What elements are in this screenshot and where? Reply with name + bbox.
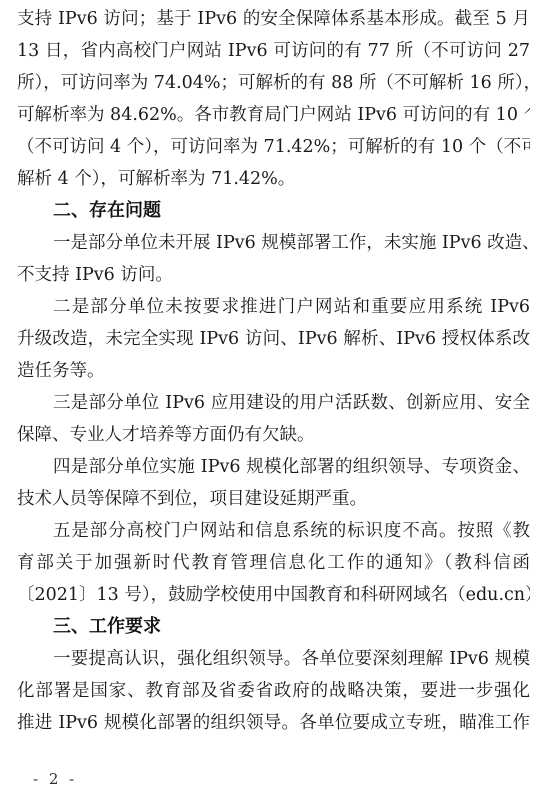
text-line: 解析 4 个），可解析率为 71.42%。 [17, 163, 530, 195]
text-line: 五是部分高校门户网站和信息系统的标识度不高。按照《教 [17, 515, 530, 547]
text-line: 化部署是国家、教育部及省委省政府的战略决策，要进一步强化 [17, 675, 530, 707]
text-line: 保障、专业人才培养等方面仍有欠缺。 [17, 419, 530, 451]
text-line: 13 日，省内高校门户网站 IPv6 可访问的有 77 所（不可访问 27 [17, 35, 530, 67]
text-line: 支持 IPv6 访问；基于 IPv6 的安全保障体系基本形成。截至 5 月 [17, 3, 530, 35]
text-line: 可解析率为 84.62%。各市教育局门户网站 IPv6 可访问的有 10 个 [17, 99, 530, 131]
page-number: - 2 - [33, 770, 77, 788]
text-line: 造任务等。 [17, 355, 530, 387]
document-page: 支持 IPv6 访问；基于 IPv6 的安全保障体系基本形成。截至 5 月 13… [17, 3, 530, 739]
text-line: 三是部分单位 IPv6 应用建设的用户活跃数、创新应用、安全 [17, 387, 530, 419]
text-line: 一要提高认识，强化组织领导。各单位要深刻理解 IPv6 规模 [17, 643, 530, 675]
section-heading-problems: 二、存在问题 [17, 195, 530, 227]
text-line: 二是部分单位未按要求推进门户网站和重要应用系统 IPv6 [17, 291, 530, 323]
text-line: 推进 IPv6 规模化部署的组织领导。各单位要成立专班，瞄准工作 [17, 707, 530, 739]
text-line: 所），可访问率为 74.04%；可解析的有 88 所（不可解析 16 所）， [17, 67, 530, 99]
text-line: 四是部分单位实施 IPv6 规模化部署的组织领导、专项资金、 [17, 451, 530, 483]
text-line: 技术人员等保障不到位，项目建设延期严重。 [17, 483, 530, 515]
text-line: 不支持 IPv6 访问。 [17, 259, 530, 291]
text-line: 升级改造，未完全实现 IPv6 访问、IPv6 解析、IPv6 授权体系改 [17, 323, 530, 355]
text-line: 一是部分单位未开展 IPv6 规模部署工作，未实施 IPv6 改造、 [17, 227, 530, 259]
text-line: （不可访问 4 个），可访问率为 71.42%；可解析的有 10 个（不可 [17, 131, 530, 163]
text-line: 〔2021〕13 号），鼓励学校使用中国教育和科研网域名（edu.cn）。 [17, 579, 530, 611]
section-heading-requirements: 三、工作要求 [17, 611, 530, 643]
text-line: 育部关于加强新时代教育管理信息化工作的通知》（教科信函 [17, 547, 530, 579]
